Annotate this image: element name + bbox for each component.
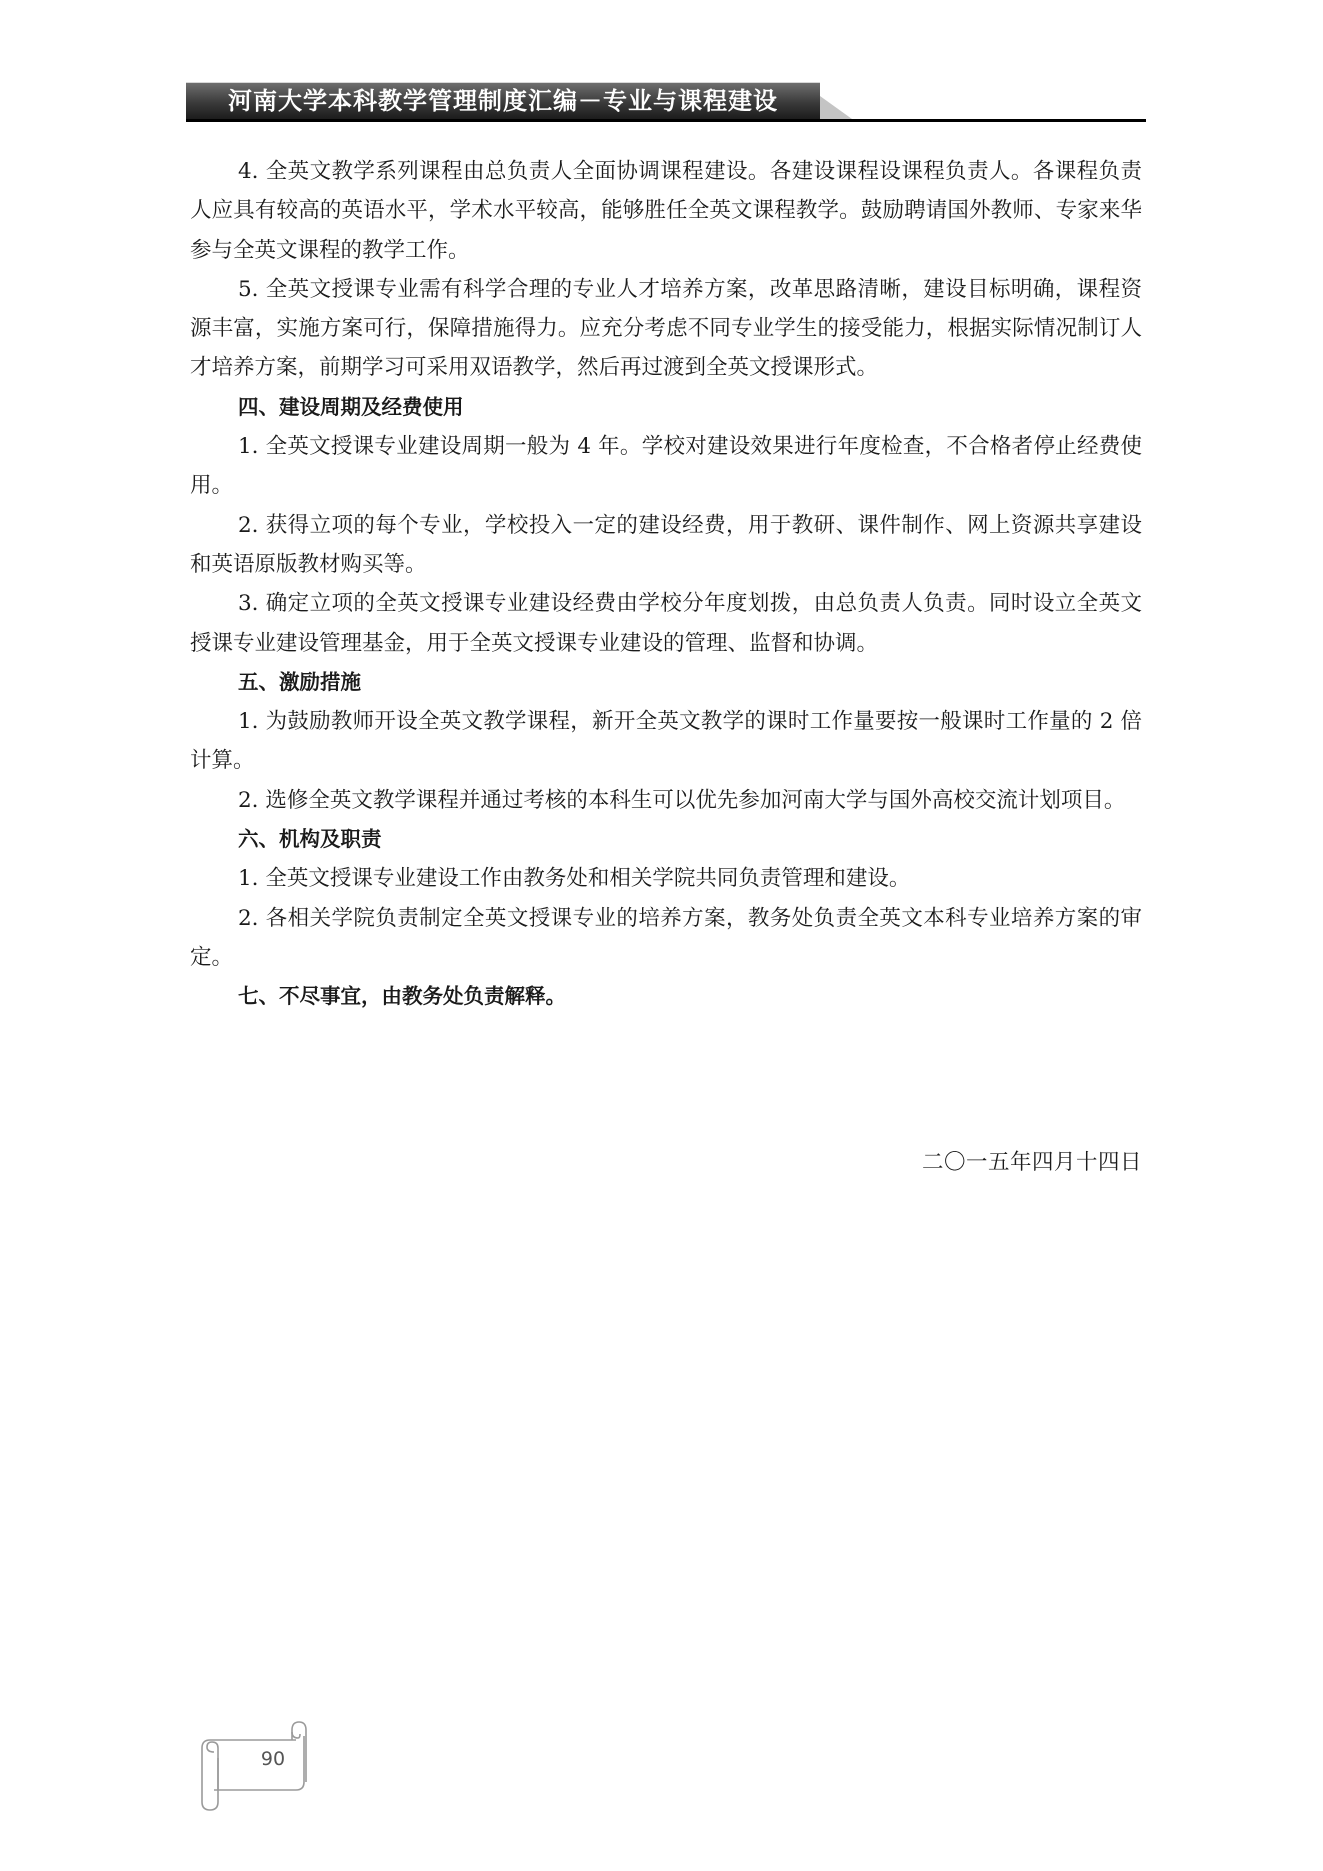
section-heading-5: 五、激励措施 bbox=[190, 663, 1142, 702]
paragraph-6-2: 2. 各相关学院负责制定全英文授课专业的培养方案，教务处负责全英文本科专业培养方… bbox=[190, 899, 1142, 978]
document-date: 二〇一五年四月十四日 bbox=[922, 1148, 1142, 1178]
paragraph-4-2: 2. 获得立项的每个专业，学校投入一定的建设经费，用于教研、课件制作、网上资源共… bbox=[190, 506, 1142, 585]
paragraph-4-3: 3. 确定立项的全英文授课专业建设经费由学校分年度划拨，由总负责人负责。同时设立… bbox=[190, 584, 1142, 663]
paragraph-5-2: 2. 选修全英文教学课程并通过考核的本科生可以优先参加河南大学与国外高校交流计划… bbox=[190, 781, 1142, 820]
paragraph-5-1: 1. 为鼓励教师开设全英文教学课程，新开全英文教学的课时工作量要按一般课时工作量… bbox=[190, 702, 1142, 781]
section-heading-7: 七、不尽事宜，由教务处负责解释。 bbox=[190, 977, 1142, 1016]
section-heading-6: 六、机构及职责 bbox=[190, 820, 1142, 859]
paragraph-4: 4. 全英文教学系列课程由总负责人全面协调课程建设。各建设课程设课程负责人。各课… bbox=[190, 152, 1142, 270]
paragraph-5: 5. 全英文授课专业需有科学合理的专业人才培养方案，改革思路清晰，建设目标明确，… bbox=[190, 270, 1142, 388]
running-header: 河南大学本科教学管理制度汇编－专业与课程建设 bbox=[186, 82, 1146, 124]
header-fold-triangle bbox=[820, 96, 852, 119]
paragraph-4-1: 1. 全英文授课专业建设周期一般为 4 年。学校对建设效果进行年度检查，不合格者… bbox=[190, 427, 1142, 506]
document-body: 4. 全英文教学系列课程由总负责人全面协调课程建设。各建设课程设课程负责人。各课… bbox=[190, 152, 1142, 1017]
paragraph-6-1: 1. 全英文授课专业建设工作由教务处和相关学院共同负责管理和建设。 bbox=[190, 859, 1142, 898]
page-number-badge: 90 bbox=[196, 1718, 316, 1814]
page-number: 90 bbox=[248, 1748, 298, 1770]
section-heading-4: 四、建设周期及经费使用 bbox=[190, 388, 1142, 427]
header-rule bbox=[186, 119, 1146, 122]
header-title: 河南大学本科教学管理制度汇编－专业与课程建设 bbox=[186, 82, 820, 119]
